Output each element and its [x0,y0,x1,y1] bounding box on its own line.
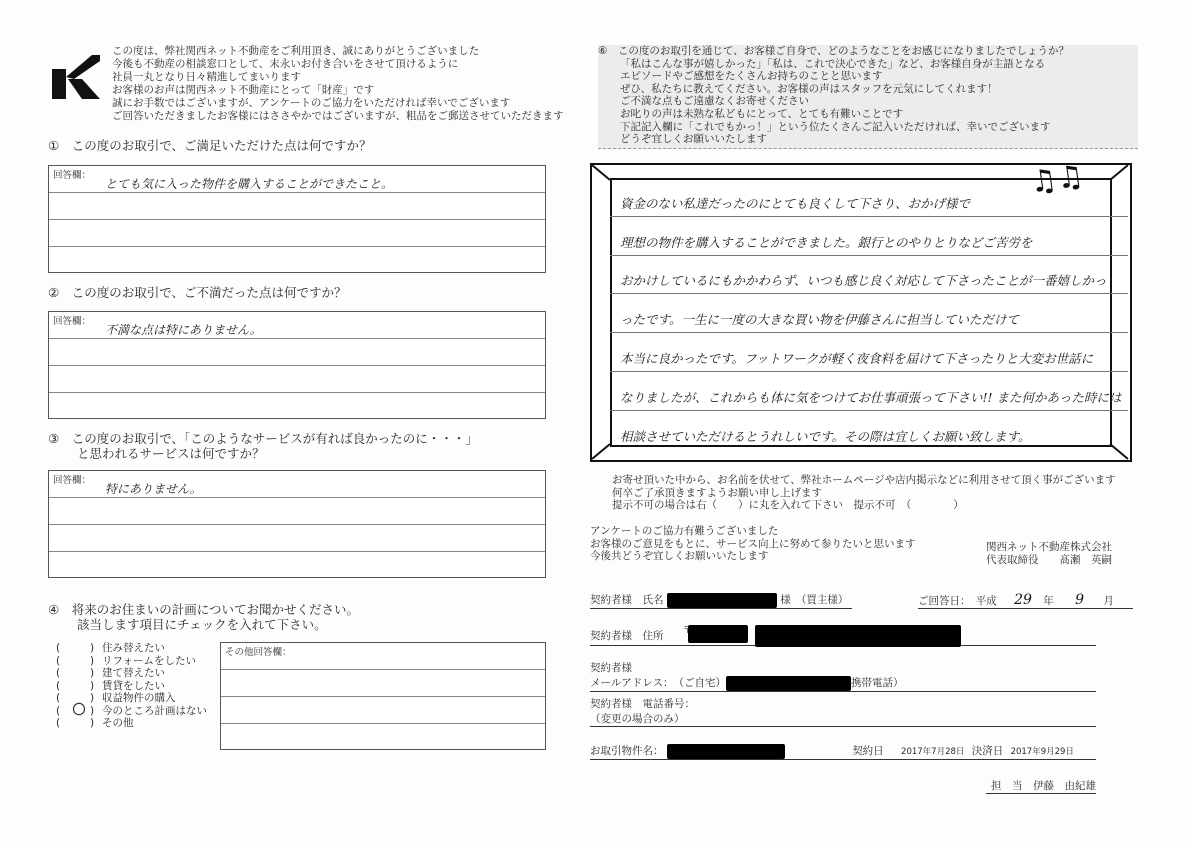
q1-title: ① この度のお取引で、ご満足いただけた点は何ですか？ [48,138,371,153]
choice-5[interactable]: (〇)今のところ計画はない [56,705,207,718]
q6-intro: ⑥ この度のお取引を通じて、お客様ご自身で、どのようなことをお感じになりましたで… [598,45,1138,149]
company-signature: 関西ネット不動産株式会社 代表取締役 髙瀬 英嗣 [986,541,1112,566]
choice-0[interactable]: ()住み替えたい [56,642,207,655]
answer-date-field[interactable]: ご回答日： 平成 29 年 9 月 [918,592,1133,609]
q3-title: ③ この度のお取引で、「このようなサービスが有れば良かったのに・・・」 と思われ… [48,431,478,461]
q2-title: ② この度のお取引で、ご不満だった点は何ですか？ [48,285,346,300]
q3-answer: 特にありません。 [105,480,202,497]
phone-field[interactable]: 契約者様 電話番号： （変更の場合のみ） [590,696,1096,727]
choice-1[interactable]: ()リフォームをしたい [56,655,207,668]
q2-answer-box[interactable]: 回答欄：不満な点は特にありません。 [48,311,546,419]
q4-title: ④ 将来のお住まいの計画についてお聞かせください。 該当します項目にチェックを入… [48,602,359,632]
q2-answer: 不満な点は特にありません。 [105,321,262,338]
contractor-name-field[interactable]: 契約者様 氏名 様 （買主様） [590,592,852,609]
choice-2[interactable]: ()建て替えたい [56,667,207,680]
q1-answer-box[interactable]: 回答欄：とても気に入った物件を購入することができたこと。 [48,165,546,273]
property-field[interactable]: お取引物件名： 契約日 2017年7月28日 決済日 2017年9月29日 [590,743,1096,760]
q4-other-box[interactable]: その他回答欄： [220,642,546,750]
staff-name: 担 当 伊藤 由紀雄 [986,778,1096,794]
email-field[interactable]: 契約者様 メールアドレス： （ご自宅）携帯電話） [590,660,1096,692]
q6-answer-lines: 資金のない私達だったのにとても良くして下さり、おかげ様で 理想の物件を購入するこ… [610,178,1128,449]
music-notes-icon: ♫♫ [1028,161,1085,198]
q1-answer: とても気に入った物件を購入することができたこと。 [105,175,393,192]
q3-answer-box[interactable]: 回答欄：特にありません。 [48,470,546,578]
circle-mark-icon: 〇 [68,705,90,718]
choice-6[interactable]: ()その他 [56,717,207,730]
k-logo-icon [52,55,100,99]
redacted-name [667,593,777,608]
thanks-text: アンケートのご協力有難うございました お客様のご意見をもとに、サービス向上に努め… [590,525,916,563]
q4-choices: ()住み替えたい ()リフォームをしたい ()建て替えたい ()賃貸をしたい (… [56,642,207,730]
address-field[interactable]: 契約者様 住所 〒 [590,625,1096,646]
publication-opt-out[interactable]: 提示不可の場合は右（ ）に丸を入れて下さい 提示不可 （ ） [612,499,1116,512]
intro-text: この度は、弊社関西ネット不動産をご利用頂き、誠にありがとうございました 今後も不… [112,45,564,123]
choice-3[interactable]: ()賃貸をしたい [56,680,207,693]
publication-notice: お寄せ頂いた中から、お名前を伏せて、弊社ホームページや店内掲示などに利用させて頂… [612,474,1116,512]
